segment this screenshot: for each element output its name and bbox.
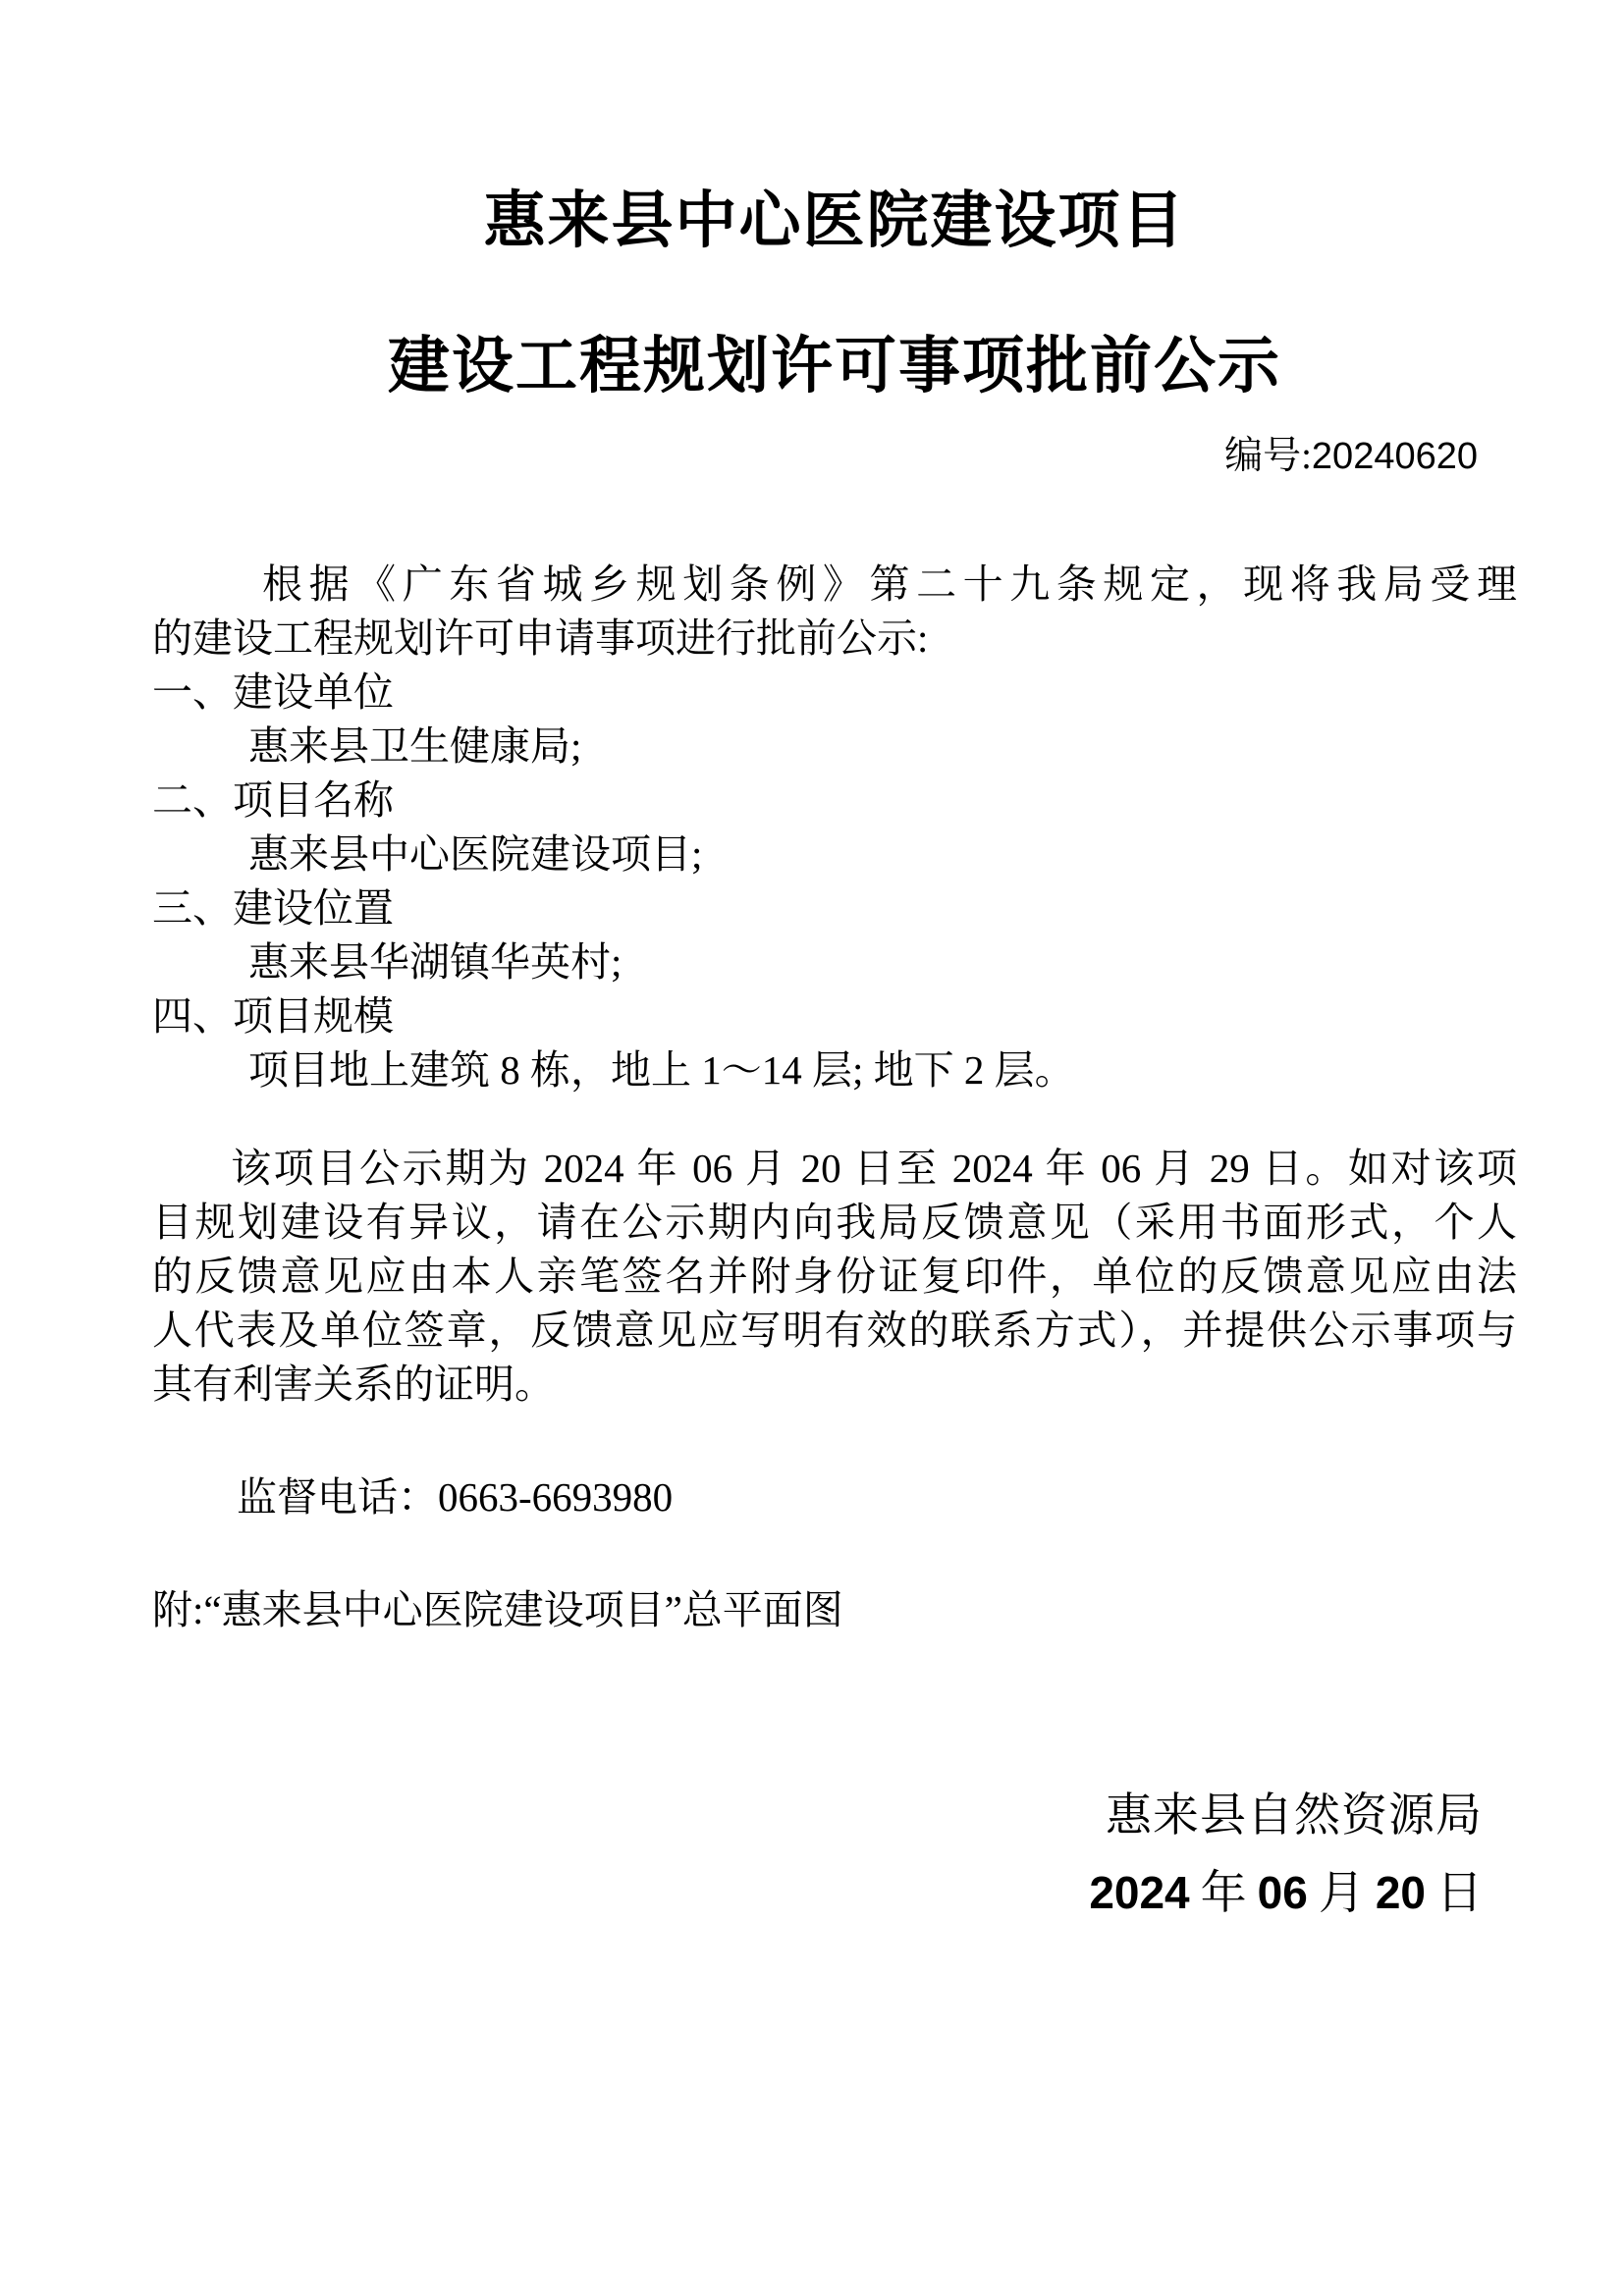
item-heading: 一、建设单位 [152,666,1517,720]
list-item: 二、项目名称 惠来县中心医院建设项目; [152,774,1517,881]
doc-number: 编号:20240620 [152,434,1517,479]
list-item: 一、建设单位 惠来县卫生健康局; [152,666,1517,774]
notice-line-4: 人代表及单位签章，反馈意见应写明有效的联系方式），并提供公示事项与 [152,1304,1517,1358]
supervision-phone-label: 监督电话： [237,1474,438,1520]
intro-line-2: 的建设工程规划许可申请事项进行批前公示: [152,612,1517,666]
signature-date-day: 20 [1376,1867,1426,1918]
notice-document-page: 惠来县中心医院建设项目 建设工程规划许可事项批前公示 编号:20240620 根… [0,0,1624,2296]
item-content: 项目地上建筑 8 栋，地上 1～14 层; 地下 2 层。 [152,1043,1517,1097]
supervision-phone-number: 0663-6693980 [438,1474,673,1520]
item-heading: 三、建设位置 [152,881,1517,935]
list-item: 四、项目规模 项目地上建筑 8 栋，地上 1～14 层; 地下 2 层。 [152,989,1517,1097]
item-content: 惠来县中心医院建设项目; [152,828,1517,881]
item-heading: 四、项目规模 [152,989,1517,1043]
notice-line-5: 其有利害关系的证明。 [152,1358,1517,1412]
signature-date-day-label: 日 [1436,1868,1483,1919]
numbered-list: 一、建设单位 惠来县卫生健康局; 二、项目名称 惠来县中心医院建设项目; 三、建… [152,666,1517,1097]
item-content: 惠来县华湖镇华英村; [152,935,1517,989]
item-heading: 二、项目名称 [152,774,1517,828]
attachment-line: 附:“惠来县中心医院建设项目”总平面图 [152,1583,1517,1637]
signature-date-year-label: 年 [1201,1868,1247,1919]
notice-line-3: 的反馈意见应由本人亲笔签名并附身份证复印件，单位的反馈意见应由法 [152,1250,1517,1304]
document-title-line-2: 建设工程规划许可事项批前公示 [152,322,1517,410]
document-title-line-1: 惠来县中心医院建设项目 [152,177,1517,265]
notice-line-2: 目规划建设有异议，请在公示期内向我局反馈意见（采用书面形式，个人 [152,1196,1517,1250]
supervision-phone-line: 监督电话：0663-6693980 [152,1470,1517,1524]
signature-date-month: 06 [1258,1867,1308,1918]
item-content: 惠来县卫生健康局; [152,720,1517,774]
signature-date-year: 2024 [1089,1867,1189,1918]
signature-date-month-label: 月 [1319,1868,1365,1919]
notice-line-1: 该项目公示期为 2024 年 06 月 20 日至 2024 年 06 月 29… [152,1142,1517,1196]
intro-line-1: 根据《广东省城乡规划条例》第二十九条规定，现将我局受理 [152,558,1517,612]
document-content: 惠来县中心医院建设项目 建设工程规划许可事项批前公示 编号:20240620 根… [0,0,1624,1923]
doc-number-value: 20240620 [1312,436,1478,477]
signature-date: 2024年06月20日 [152,1863,1517,1923]
notice-paragraph: 该项目公示期为 2024 年 06 月 20 日至 2024 年 06 月 29… [152,1142,1517,1412]
signature-org: 惠来县自然资源局 [152,1787,1517,1845]
doc-number-label: 编号: [1224,435,1312,477]
list-item: 三、建设位置 惠来县华湖镇华英村; [152,881,1517,989]
intro-paragraph: 根据《广东省城乡规划条例》第二十九条规定，现将我局受理 的建设工程规划许可申请事… [152,558,1517,666]
